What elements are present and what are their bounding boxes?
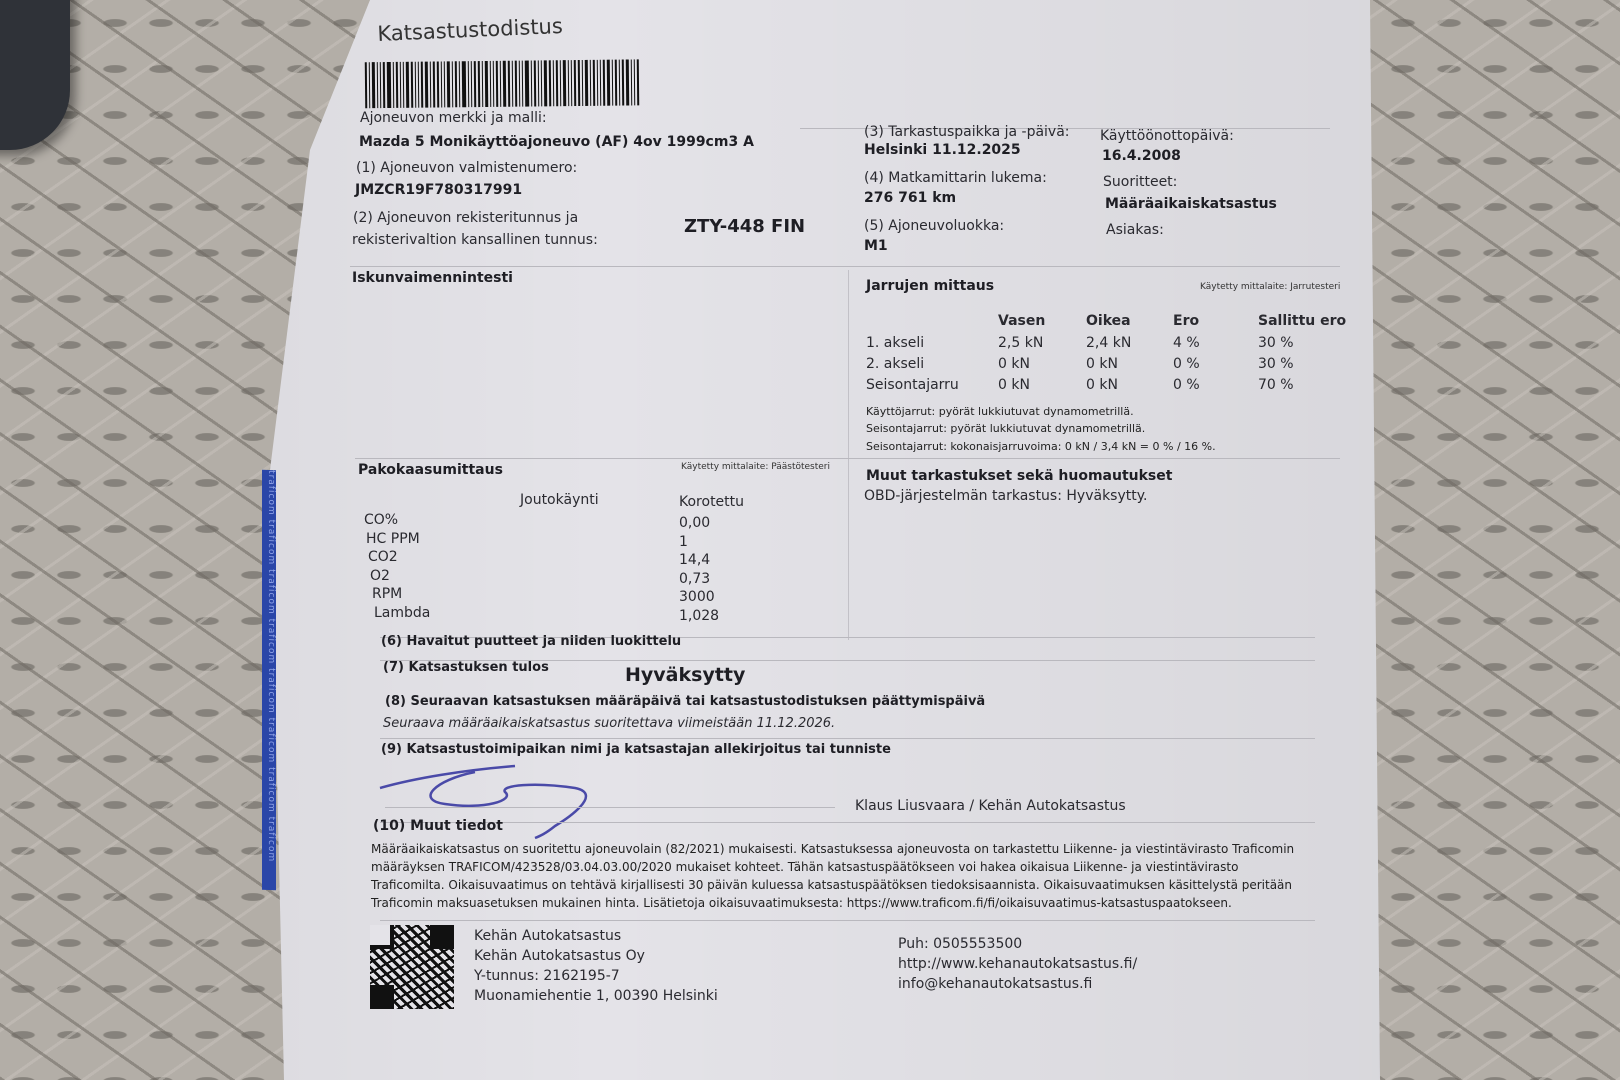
exhaust-row-label: HC PPM <box>364 530 430 549</box>
vehicle-make-label: Ajoneuvon merkki ja malli: <box>360 110 547 126</box>
section-8-next-inspection-label: (8) Seuraavan katsastuksen määräpäivä ta… <box>385 694 985 709</box>
vehicle-class-label: (5) Ajoneuvoluokka: <box>864 218 1004 234</box>
barcode <box>365 58 795 109</box>
exhaust-row-label: O2 <box>364 567 430 586</box>
brake-note-3: Seisontajarrut: kokonaisjarruvoima: 0 kN… <box>866 440 1216 453</box>
background-object <box>0 0 70 150</box>
exhaust-raised-value: 0,73 <box>679 570 719 589</box>
section-10-other-info-label: (10) Muut tiedot <box>373 818 503 834</box>
brake-measurement-table: Vasen Oikea Ero Sallittu ero 1. akseli2,… <box>866 310 1358 395</box>
commissioning-date-label: Käyttöönottopäivä: <box>1100 128 1234 144</box>
exhaust-device-label: Käytetty mittalaite: Päästötesteri <box>681 462 830 472</box>
commissioning-date-value: 16.4.2008 <box>1102 148 1181 164</box>
exhaust-row-label: CO2 <box>364 548 430 567</box>
other-checks-text: OBD-järjestelmän tarkastus: Hyväksytty. <box>864 488 1147 504</box>
exhaust-row-label: RPM <box>364 585 430 604</box>
exhaust-row-label: Lambda <box>364 604 430 623</box>
company-legal-name: Kehän Autokatsastus Oy <box>474 948 645 964</box>
brake-note-2: Seisontajarrut: pyörät lukkiutuvat dynam… <box>866 422 1145 435</box>
registration-label-2: rekisterivaltion kansallinen tunnus: <box>352 232 598 248</box>
company-phone: Puh: 0505553500 <box>898 936 1022 952</box>
odometer-value: 276 761 km <box>864 190 956 206</box>
company-email: info@kehanautokatsastus.fi <box>898 976 1092 992</box>
exhaust-raised-value: 1 <box>679 533 719 552</box>
company-name: Kehän Autokatsastus <box>474 928 621 944</box>
col-allowed-diff: Sallittu ero <box>1258 310 1358 332</box>
exhaust-col-raised: Korotettu <box>679 494 744 510</box>
section-10-line-4: Traficomin maksuasetuksen mukainen hinta… <box>371 896 1232 910</box>
traficom-security-stripe: traficom traficom traficom traficom traf… <box>262 470 276 890</box>
col-left: Vasen <box>998 310 1086 332</box>
registration-label-1: (2) Ajoneuvon rekisteritunnus ja <box>353 210 578 226</box>
section-6-defects: (6) Havaitut puutteet ja niiden luokitte… <box>381 634 681 649</box>
exhaust-row-label: CO% <box>364 511 430 530</box>
section-10-line-2: määräyksen TRAFICOM/423528/03.04.03.00/2… <box>371 860 1238 874</box>
odometer-label: (4) Matkamittarin lukema: <box>864 170 1047 186</box>
section-9-inspector-name: Klaus Liusvaara / Kehän Autokatsastus <box>855 798 1126 814</box>
exhaust-measurement-title: Pakokaasumittaus <box>358 462 503 478</box>
exhaust-raised-value: 1,028 <box>679 607 719 626</box>
vehicle-make-value: Mazda 5 Monikäyttöajoneuvo (AF) 4ov 1999… <box>359 134 754 150</box>
section-9-signature-label: (9) Katsastustoimipaikan nimi ja katsast… <box>381 742 891 757</box>
brake-measurement-title: Jarrujen mittaus <box>866 278 994 294</box>
exhaust-col-idle: Joutokäynti <box>520 492 599 508</box>
inspection-place-value: Helsinki 11.12.2025 <box>864 142 1021 158</box>
exhaust-raised-value: 0,00 <box>679 514 719 533</box>
vin-label: (1) Ajoneuvon valmistenumero: <box>356 160 577 176</box>
col-right: Oikea <box>1086 310 1173 332</box>
other-checks-title: Muut tarkastukset sekä huomautukset <box>866 468 1172 484</box>
exhaust-raised-value: 14,4 <box>679 551 719 570</box>
exhaust-raised-value: 3000 <box>679 588 719 607</box>
qr-code <box>370 925 454 1009</box>
section-8-next-inspection-value: Seuraava määräaikaiskatsastus suoritetta… <box>383 716 835 731</box>
vin-value: JMZCR19F780317991 <box>355 182 522 198</box>
section-7-result-value: Hyväksytty <box>625 664 745 686</box>
brake-row: Seisontajarru0 kN0 kN0 %70 % <box>866 374 1358 395</box>
registration-value: ZTY-448 FIN <box>684 216 805 237</box>
brake-row: 1. akseli2,5 kN2,4 kN4 %30 % <box>866 332 1358 353</box>
col-diff: Ero <box>1173 310 1258 332</box>
performed-label: Suoritteet: <box>1103 174 1177 190</box>
brake-row: 2. akseli0 kN0 kN0 %30 % <box>866 353 1358 374</box>
inspection-place-label: (3) Tarkastuspaikka ja -päivä: <box>864 124 1070 140</box>
company-address: Muonamiehentie 1, 00390 Helsinki <box>474 988 718 1004</box>
performed-value: Määräaikaiskatsastus <box>1105 196 1277 212</box>
brake-note-1: Käyttöjarrut: pyörät lukkiutuvat dynamom… <box>866 405 1134 418</box>
exhaust-raised-values: 0,00114,40,7330001,028 <box>679 514 719 625</box>
brake-device-label: Käytetty mittalaite: Jarrutesteri <box>1200 282 1340 292</box>
company-website: http://www.kehanautokatsastus.fi/ <box>898 956 1137 972</box>
section-10-line-1: Määräaikaiskatsastus on suoritettu ajone… <box>371 842 1294 856</box>
shock-absorber-test-title: Iskunvaimennintesti <box>352 270 513 286</box>
exhaust-row-labels: CO%HC PPMCO2O2RPMLambda <box>364 511 430 622</box>
customer-label: Asiakas: <box>1106 222 1164 238</box>
vehicle-class-value: M1 <box>864 238 888 254</box>
section-10-line-3: Traficomilta. Oikaisuvaatimus on tehtävä… <box>371 878 1292 892</box>
section-7-result-label: (7) Katsastuksen tulos <box>383 660 549 675</box>
company-business-id: Y-tunnus: 2162195-7 <box>474 968 620 984</box>
